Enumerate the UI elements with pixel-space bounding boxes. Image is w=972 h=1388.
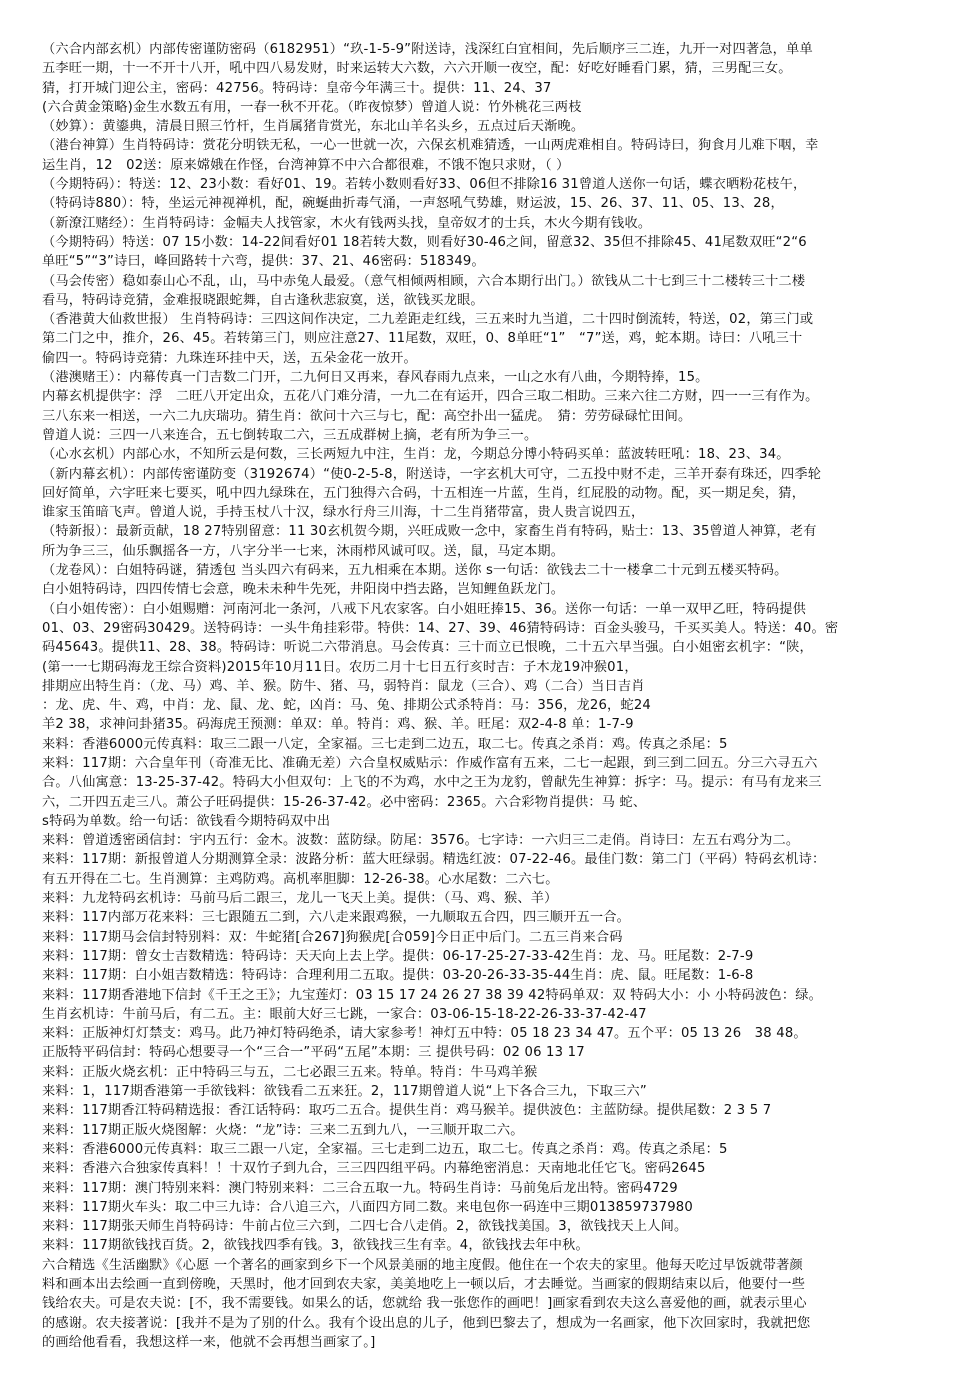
text-line: （马会传密）稳如泰山心不乱，山，马中赤兔人最爱。（意气相倾两相顾，六合本期行出门… — [42, 272, 937, 291]
text-line: （特码诗880）：特，坐运元神视禅机，配，碗蜒曲折毒气涌，一声怒吼气势雄，财运波… — [42, 194, 937, 213]
text-line: （今期特码）特送：07 15小数：14-22间看好01 18若转大数，则看好30… — [42, 233, 937, 252]
text-line: 来料：1，117期香港第一手欲钱料：欲钱看二五来狂。2，117期曾道人说“上下各… — [42, 1082, 937, 1101]
text-line: 来料：117期香江特码精选报：香江话特码：取巧二五合。提供生肖：鸡马猴羊。提供波… — [42, 1101, 937, 1120]
text-line: （港台神算）生肖特码诗：赏花分明铁无私，一心一世就一次，六保玄机难猜透，一山两虎… — [42, 136, 937, 155]
text-line: 码45643。提供11、28、38。特码诗：听说二六带消息。马会传真：三十而立已… — [42, 638, 937, 657]
text-line: （新内幕玄机）：内部传密谨防变（3192674）“使0-2-5-8，附送诗，一字… — [42, 465, 937, 484]
text-line: （港澳赌王）：内幕传真一门吉数二门开，二九何日又再来，春风春雨九点来，一山之水有… — [42, 368, 937, 387]
text-line: （特新报）：最新贡献，18 27特别留意：11 30玄机贺今期，兴旺成败一念中，… — [42, 522, 937, 541]
text-line: s特码为单数。给一句话：欲钱看今期特码双中出 — [42, 812, 937, 831]
text-line: 来料：香港6000元传真料：取三二跟一八定，全家福。三七走到二边五，取二七。传真… — [42, 1140, 937, 1159]
text-line: 来料：香港6000元传真料：取三二跟一八定，全家福。三七走到二边五，取二七。传真… — [42, 735, 937, 754]
text-line: 六，二开四五走三八。萧公子旺码提供：15-26-37-42。必中密码：2365。… — [42, 793, 937, 812]
text-line: 来料：117期：白小姐吉数精选：特码诗：合理利用二五取。提供：03-20-26-… — [42, 966, 937, 985]
text-line: 来料：117期火车头：取二中三九诗：合八追三六，八面四方同二数。来电包你一码连中… — [42, 1198, 937, 1217]
text-line: (六合黄金策略)金生水数五有用，一春一秋不开花。（昨夜惊梦）曾道人说：竹外桃花三… — [42, 98, 937, 117]
text-line: 六合精选《生活幽默》《心愿 一个著名的画家到乡下一个风景美丽的地主度假。他住在一… — [42, 1256, 937, 1275]
text-line: 01、03、29密码30429。送特码诗：一头牛角挂彩带。特供：14、27、39… — [42, 619, 937, 638]
text-line: 来料：香港六合独家传真料！！十双竹子到九合，三三四四组平码。内幕绝密消息：天南地… — [42, 1159, 937, 1178]
text-line: 正版特平码信封：特码心想要寻一个“三合一”平码“五尾”本期：三 提供号码：02 … — [42, 1043, 937, 1062]
text-line: 来料：117期正版火烧图解：火烧：“龙”诗：三来二五到九八，一三顺开取二六。 — [42, 1121, 937, 1140]
text-line: 五李旺一期，十一不开十八开，吼中四八易发财，时来运转大六数，六六开顺一夜空，配：… — [42, 59, 937, 78]
text-line: （香港黄大仙救世报） 生肖特码诗：三四这间作决定，二九差距走红线，三五来时九当道… — [42, 310, 937, 329]
text-line: 所为争三三，仙乐飘摇各一方，八字分半一七来，沐雨栉风诚可叹。送，鼠，马定本期。 — [42, 542, 937, 561]
text-line: 来料：117期马会信封特别料：双：牛蛇猪[合267]狗猴虎[合059]今日正中后… — [42, 928, 937, 947]
text-line: ：龙、虎、牛、鸡，中肖：龙、鼠、龙、蛇，凶肖：马、兔、排期公式杀特肖：马：356… — [42, 696, 937, 715]
text-line: （六合内部玄机）内部传密谨防密码（6182951）“玖-1-5-9”附送诗，浅深… — [42, 40, 937, 59]
text-line: 来料：正版火烧玄机：正中特码三与五，二七必跟三五来。特单。特肖：牛马鸡羊猴 — [42, 1063, 937, 1082]
text-line: （白小姐传密）：白小姐赐赠：河南河北一条河，八戒下凡农家客。白小姐旺捧15、36… — [42, 600, 937, 619]
text-line: 回好简单，六字旺来七要买，吼中四九绿珠在，五门独得六合码，十五相连一片蓝，生肖，… — [42, 484, 937, 503]
text-line: 单旺“5”“3”诗曰，峰回路转十六弯，提供：37、21、46密码：518349。 — [42, 252, 937, 271]
text-line: 谁家玉笛暗飞声。曾道人说，手持玉杖八十汉，绿水行舟三川海，十二生肖猪带富，贵人贵… — [42, 503, 937, 522]
text-line: (第一一七期码海龙王综合资料)2015年10月11日。农历二月十七日五行亥时吉：… — [42, 658, 937, 677]
text-line: 料和画本出去绘画一直到傍晚，天黑时，他才回到农夫家，美美地吃上一顿以后，才去睡觉… — [42, 1275, 937, 1294]
text-line: （今期特码）：特送：12、23小数：看好01、19。若转小数则看好33、06但不… — [42, 175, 937, 194]
text-line: （新潦江赌经）：生肖特码诗：金幅夫人找管家，木火有钱两头找，皇帝奴才的士兵，木火… — [42, 214, 937, 233]
text-line: 来料：117期张天师生肖特码诗：牛前占位三六到，二四七合八走俏。2，欲钱找美国。… — [42, 1217, 937, 1236]
text-line: 白小姐特码诗，四四传情七会意，晚未未种牛先死，井阳岗中挡去路，岂知鲤鱼跃龙门。 — [42, 580, 937, 599]
text-line: 来料：117内部万花来料：三七跟随五二到，六八走来跟鸡猴，一九顺取五合四，四三顺… — [42, 908, 937, 927]
text-line: 第二门之中，推介，26、45。若转第三门，则应注意27、11尾数，双旺，0、8单… — [42, 329, 937, 348]
text-line: 运生肖，12 02送：原来嫦娥在作怪，台湾神算不中六合都很难，不饿不饱只求财，（… — [42, 156, 937, 175]
text-line: （心水玄机）内部心水，不知所云是何数，三长两短九中注，生肖：龙，今期总分博小特码… — [42, 445, 937, 464]
text-line: （妙算）：黄鎏典，清晨日照三竹杆，生肖属猪肯赏光，东北山羊名头乡，五点过后天渐晚… — [42, 117, 937, 136]
text-line: 来料：正版神灯灯禁支：鸡马。此乃神灯特码绝杀，请大家参考！神灯五中特：05 18… — [42, 1024, 937, 1043]
text-line: 看马，特码诗竞猜，金难报晓跟蛇舞，自古逢秋悲寂寞，送，欲钱买龙眼。 — [42, 291, 937, 310]
text-line: 合。八仙寓意：13-25-37-42。特码大小但双句：上飞的不为鸡，水中之王为龙… — [42, 773, 937, 792]
text-line: 来料：曾道透密函信封：宇内五行：金木。波数：蓝防绿。防尾：3576。七字诗：一六… — [42, 831, 937, 850]
text-line: 内幕玄机提供字：浮 二旺八开定出众，五花八门难分清，一九二在有运开，四合三取二相… — [42, 387, 937, 406]
text-line: 偷四一。特码诗竞猜：九珠连环挂中天，送，五朵金花一放开。 — [42, 349, 937, 368]
text-line: 的感谢。农夫接著说：[我并不是为了别的什么。我有个设出息的儿子，他到巴黎去了，想… — [42, 1314, 937, 1333]
text-line: 来料：117期：曾女士吉数精选：特码诗：天天向上去上学。提供：06-17-25-… — [42, 947, 937, 966]
text-line: 三八东来一相送，一六二九庆瑞功。猜生肖：欲问十六三与七，配：高空扑出一猛虎。 猜… — [42, 407, 937, 426]
document-page: （六合内部玄机）内部传密谨防密码（6182951）“玖-1-5-9”附送诗，浅深… — [42, 40, 937, 1352]
text-line: 曾道人说：三四一八来连合，五七倒转取二六，三五成群树上摘，老有所为争三一。 — [42, 426, 937, 445]
text-line: 有五开得在二七。生肖测算：主鸡防鸡。高机率胆脚：12-26-38。心水尾数：二六… — [42, 870, 937, 889]
text-line: 来料：117期：澳门特别来料：澳门特别来料：二三合五取一九。特码生肖诗：马前兔后… — [42, 1179, 937, 1198]
text-line: 来料：117期：六合皇年刊（奇准无比、准确无差）六合皇权威贴示：作威作富有五来，… — [42, 754, 937, 773]
text-line: 来料：九龙特码玄机诗：马前马后二跟三，龙儿一飞天上美。提供：（马、鸡、猴、羊） — [42, 889, 937, 908]
text-line: （龙卷风）：白姐特码谜，猜透包 当头四六有码来，五九相乘在本期。送你 s一句话：… — [42, 561, 937, 580]
text-line: 来料：117期欲钱找百货。2，欲钱找四季有钱。3，欲钱找三生有幸。4，欲钱找去年… — [42, 1236, 937, 1255]
text-line: 来料：117期香港地下信封《千王之王》；九宝莲灯：03 15 17 24 26 … — [42, 986, 937, 1005]
text-line: 生肖玄机诗：牛前马后，有二五。主：眼前大好三七跳，一家合：03-06-15-18… — [42, 1005, 937, 1024]
text-line: 猜，打开城门迎公主，密码：42756。特码诗：皇帝今年满三十。提供：11、24、… — [42, 79, 937, 98]
text-line: 羊2 38，求神问卦猪35。码海虎王预测：单双：单。特肖：鸡、猴、羊。旺尾：双2… — [42, 715, 937, 734]
text-line: 钱给农夫。可是农夫说：[不，我不需要钱。如果么的话，您就给 我一张您作的画吧！]… — [42, 1294, 937, 1313]
text-line: 的画给他看看，我想这样一来，他就不会再想当画家了。] — [42, 1333, 937, 1352]
text-line: 排期应出特生肖：（龙、马）鸡、羊、猴。防牛、猪、马，弱特肖：鼠龙（三合）、鸡（二… — [42, 677, 937, 696]
text-line: 来料：117期：新报曾道人分期测算全录：波路分析：蓝大旺绿弱。精选红波：07-2… — [42, 850, 937, 869]
